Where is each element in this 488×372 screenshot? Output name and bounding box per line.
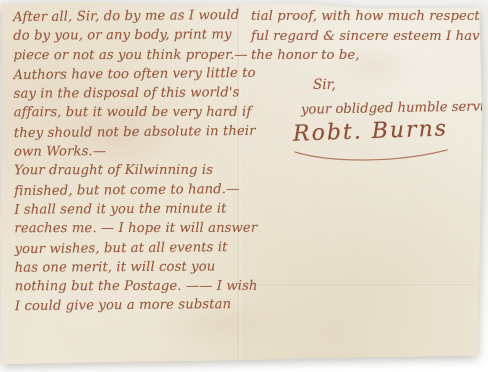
- letter-line: ful regard & sincere esteem I have: [251, 27, 479, 47]
- letter-line: has one merit, it will cost you: [15, 257, 247, 278]
- horizontal-fold-crease: [244, 284, 474, 287]
- letter-line: own Works.—: [14, 141, 246, 162]
- signature-flourish: [291, 147, 451, 165]
- letter-line: reaches me. — I hope it will answer: [14, 219, 246, 239]
- letter-line: After all, Sir, do by me as I would: [13, 6, 245, 28]
- letter-line: Your draught of Kilwinning is: [14, 161, 246, 181]
- signature: Robt. Burns: [293, 116, 449, 146]
- letter-line: I shall send it you the minute it: [14, 199, 246, 220]
- letter-left-column: After all, Sir, do by me as I would do b…: [13, 6, 247, 316]
- letter-salutation: Sir,: [313, 77, 336, 93]
- letter-line: your wishes, but at all events it: [14, 237, 246, 259]
- paper-shadow-wrapper: After all, Sir, do by me as I would do b…: [0, 0, 488, 372]
- letter-line: the honor to be,: [251, 46, 479, 66]
- letter-line: affairs, but it would be very hard if: [14, 103, 246, 123]
- letter-line: tial proof, with how much respect: [251, 7, 479, 27]
- letter-line: finished, but not come to hand.—: [14, 180, 246, 202]
- letter-line: piece or not as you think proper.—: [13, 45, 245, 65]
- letter-line: Authors have too often very little to: [13, 64, 245, 86]
- letter-right-column: tial proof, with how much respect ful re…: [251, 7, 479, 66]
- letter-line: do by you, or any body, print my: [13, 26, 245, 47]
- letter-paper: After all, Sir, do by me as I would do b…: [0, 0, 488, 372]
- letter-closing: your oblidged humble servt: [301, 99, 486, 117]
- letter-line: I could give you a more substan: [15, 295, 247, 317]
- letter-line: nothing but the Postage. —— I wish: [15, 277, 247, 297]
- letter-line: say in the disposal of this world's: [14, 83, 246, 104]
- letter-line: they should not be absolute in their: [14, 122, 246, 144]
- photo-background: After all, Sir, do by me as I would do b…: [0, 0, 488, 372]
